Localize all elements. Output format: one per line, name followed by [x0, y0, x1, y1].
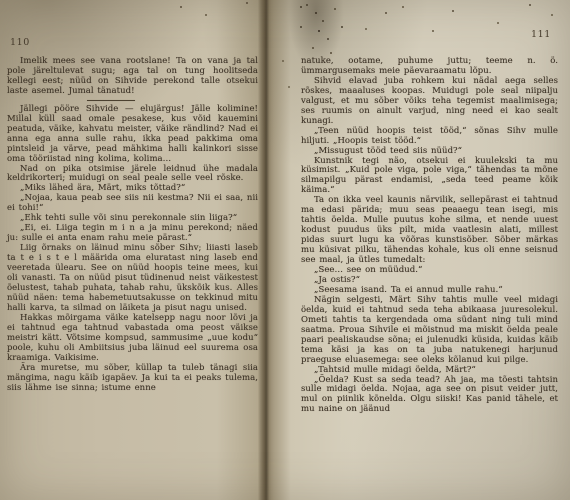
paragraph: Hakkas mõirgama väike katelsepp nagu noo… — [7, 314, 258, 364]
paragraph: Nägin selgesti, Märt Sihv tahtis mulle v… — [301, 296, 558, 366]
paragraph: Nad on pika otsimise järele leidnud ühe … — [7, 165, 258, 185]
paragraph: „Ei, ei. Liiga tegin m i n a ja minu per… — [7, 224, 258, 244]
book-spread: 110 Imelik mees see vana rootslane! Ta o… — [0, 0, 570, 500]
page-left: 110 Imelik mees see vana rootslane! Ta o… — [0, 0, 258, 500]
paragraph: „Tahtsid mulle midagi öelda, Märt?“ — [301, 366, 558, 376]
paragraph: Ta on ikka veel kaunis närvilik, sellepä… — [301, 196, 558, 266]
section-divider-rule — [87, 100, 135, 101]
page-right-text-column: natuke, ootame, puhume juttu; teeme n. ö… — [301, 57, 558, 415]
paragraph: „Teen nüüd hoopis teist tööd,“ sõnas Sih… — [301, 127, 558, 147]
book-gutter-shadow — [258, 0, 274, 500]
paragraph: Sihvid elavad juba rohkem kui nädal aega… — [301, 77, 558, 127]
page-number-right: 111 — [531, 29, 551, 40]
page-number-left: 110 — [10, 37, 30, 48]
paragraph: natuke, ootame, puhume juttu; teeme n. ö… — [301, 57, 558, 77]
paragraph: Imelik mees see vana rootslane! Ta on va… — [7, 57, 258, 97]
paragraph: Liig õrnaks on läinud minu sõber Sihv; l… — [7, 244, 258, 314]
paragraph: Ära muretse, mu sõber, küllap ta tuleb t… — [7, 364, 258, 394]
paragraph: Kunstnik tegi näo, otsekui ei kuulekski … — [301, 157, 558, 197]
page-right: 111 natuke, ootame, puhume juttu; teeme … — [274, 0, 570, 500]
page-left-text-column: Imelik mees see vana rootslane! Ta on va… — [7, 57, 258, 393]
paragraph: „Öelda? Kust sa seda tead? Ah jaa, ma tõ… — [301, 376, 558, 416]
paragraph: „Nojaa, kaua peab see siis nii kestma? N… — [7, 194, 258, 214]
paragraph: Jällegi pööre Sihvide — elujärgus! Jälle… — [7, 105, 258, 165]
